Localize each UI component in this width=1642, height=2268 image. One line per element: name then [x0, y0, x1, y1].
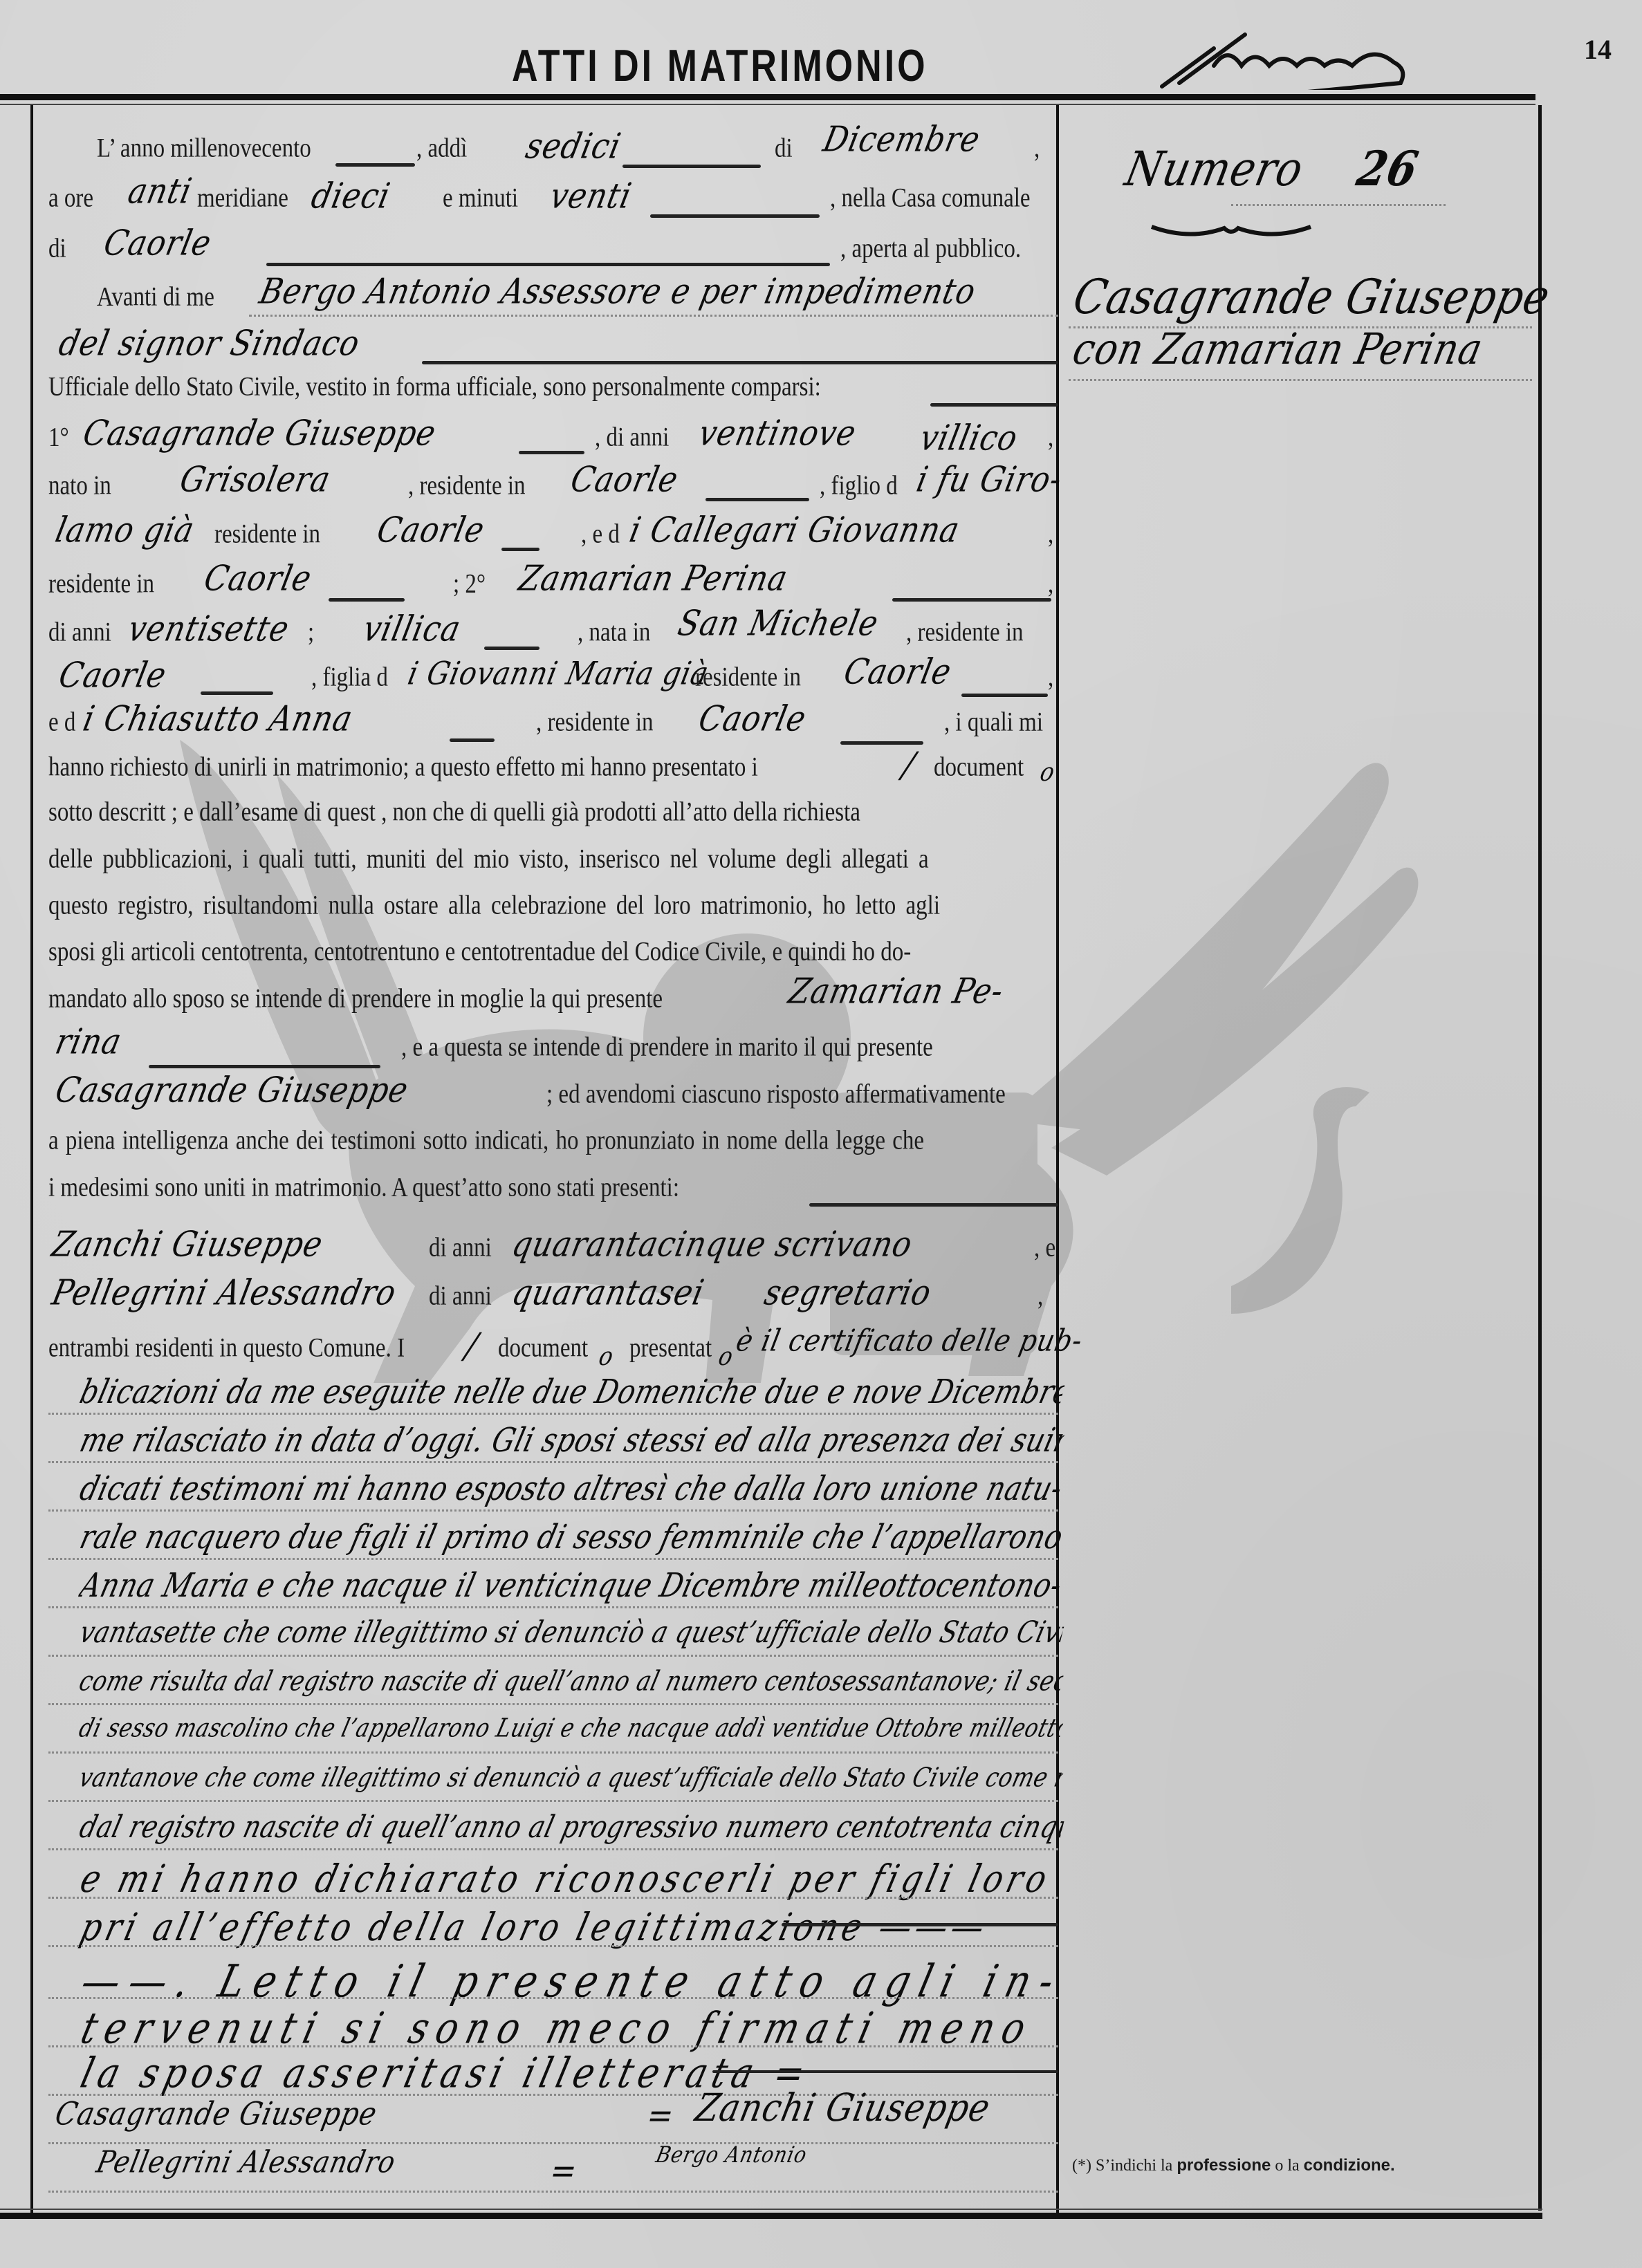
fill-dash	[519, 451, 584, 454]
form-text: , e d	[581, 519, 620, 550]
fill-dash	[930, 403, 1058, 407]
form-text: e minuti	[443, 183, 518, 214]
dotted-line	[48, 1751, 1058, 1754]
dotted-line	[48, 2045, 1058, 2047]
form-text: ; ed avendomi ciascuno risposto affermat…	[546, 1079, 1006, 1110]
fill-certificate-start: è il certificato delle pub-	[733, 1323, 1086, 1358]
form-text: ;	[308, 617, 314, 648]
form-text: , e	[1034, 1233, 1055, 1263]
fill-bride-age: ventisette	[124, 608, 293, 649]
footnote-bold-profession: professione	[1177, 2156, 1271, 2175]
signature-groom: Casagrande Giuseppe	[52, 2096, 380, 2132]
form-text: a piena intelligenza anche dei testimoni…	[48, 1126, 924, 1156]
annotation-line: di sesso mascolino che l’appellarono Lui…	[76, 1713, 1066, 1743]
fill-dash	[450, 738, 495, 742]
form-text: , residente in	[906, 617, 1024, 648]
fill-bride-residence: Caorle	[55, 655, 170, 696]
form-text: , i quali mi	[944, 707, 1043, 738]
annotation-line: blicazioni da me eseguite nelle due Dome…	[76, 1373, 1068, 1411]
page-title: ATTI DI MATRIMONIO	[512, 40, 1024, 92]
margin-names-line2: con Zamarian Perina	[1069, 324, 1487, 374]
form-text: ; 2°	[453, 569, 486, 599]
annotation-line: come risulta dal registro nascite di que…	[76, 1664, 1067, 1697]
fill-dash	[484, 647, 539, 650]
form-text: 1°	[48, 422, 69, 453]
fill-dash	[892, 598, 1051, 602]
margin-names-line1: Casagrande Giuseppe	[1069, 270, 1555, 326]
form-text: residente in	[214, 519, 320, 550]
fill-dash	[335, 163, 415, 167]
dotted-line	[48, 1997, 1058, 1999]
fill-groom-mother: i Callegari Giovanna	[626, 510, 963, 550]
fill-dash	[782, 1923, 1058, 1926]
signature-separator: =	[643, 2095, 678, 2136]
fill-bride-father-residence: Caorle	[840, 651, 955, 692]
fill-bride-name-2-cont: rina	[52, 1021, 125, 1062]
form-text: , nella Casa comunale	[830, 183, 1031, 214]
form-text: ,	[1034, 133, 1040, 164]
fill-suffix: o	[596, 1341, 617, 1371]
fill-mother-residence: Caorle	[201, 558, 315, 599]
annotation-line: dal registro nascite di quell’anno al pr…	[76, 1809, 1067, 1845]
fill-witness2-profession: segretario	[761, 1272, 935, 1313]
fill-officer-cont: del signor Sindaco	[55, 323, 363, 364]
form-text: presentat	[629, 1333, 712, 1364]
dotted-line	[48, 1800, 1058, 1802]
form-text: i medesimi sono uniti in matrimonio. A q…	[48, 1173, 679, 1203]
annotation-line: ——. Letto il presente atto agli in-	[76, 1955, 1071, 2007]
fill-mark: /	[899, 745, 919, 786]
form-text: Avanti di me	[97, 282, 214, 313]
annotation-line: pri all’effetto della loro legittimazion…	[76, 1904, 1069, 1949]
dotted-line	[48, 1897, 1058, 1899]
annotation-line: vantanove che come illegittimo si denunc…	[76, 1761, 1066, 1793]
annotation-line: Anna Maria e che nacque il venticinque D…	[76, 1567, 1068, 1605]
form-text: residente in	[48, 569, 154, 599]
fill-dash	[422, 361, 1058, 364]
fill-officer: Bergo Antonio Assessore e per impediment…	[256, 271, 979, 312]
annotation-line: vantasette che come illegittimo si denun…	[76, 1616, 1067, 1650]
fill-bride-birthplace: San Michele	[674, 603, 882, 644]
dotted-line	[48, 1848, 1058, 1850]
form-text: , aperta al pubblico.	[840, 234, 1021, 264]
annotation-line: me rilasciato in data d’oggi. Gli sposi …	[76, 1422, 1068, 1460]
form-text: sposi gli articoli centotrenta, centotre…	[48, 937, 911, 967]
dotted-line	[249, 315, 1058, 317]
form-text: residente in	[695, 662, 801, 693]
bottom-rule	[0, 2213, 1542, 2219]
fill-dash	[622, 165, 761, 168]
flourish-divider-icon	[1148, 220, 1314, 241]
form-text: delle pubblicazioni, i quali tutti, muni…	[48, 844, 929, 875]
fill-groom-name-2: Casagrande Giuseppe	[52, 1070, 412, 1110]
form-text: meridiane	[197, 183, 288, 214]
dotted-line	[48, 1413, 1058, 1415]
fill-groom-age: ventinove	[695, 413, 860, 454]
dotted-line	[48, 1703, 1058, 1705]
footnote: (*) S’indichi la professione o la condiz…	[1072, 2156, 1395, 2175]
fill-dash	[329, 598, 405, 602]
right-border	[1538, 105, 1542, 2211]
form-text: ,	[1048, 422, 1053, 453]
form-text: , figlio d	[820, 471, 898, 501]
signature-witness1: Zanchi Giuseppe	[692, 2086, 994, 2130]
annotation-line: dicati testimoni mi hanno esposto altres…	[76, 1470, 1068, 1508]
form-text: di	[775, 133, 793, 164]
form-text: , di anni	[595, 422, 669, 453]
fill-dash	[705, 498, 809, 501]
fill-bride-mother-residence: Caorle	[695, 698, 810, 739]
fill-dash	[201, 691, 273, 695]
fill-dash	[961, 694, 1048, 697]
fill-dash	[840, 741, 923, 745]
fill-bride-name-2: Zamarian Pe-	[785, 971, 1007, 1012]
signature-witness2: Pellegrini Alessandro	[93, 2144, 399, 2179]
dotted-line	[48, 1461, 1058, 1463]
signature-officer: Bergo Antonio	[654, 2141, 809, 2168]
fill-bride-mother: i Chiasutto Anna	[80, 698, 356, 739]
annotation-line: e mi hanno dichiarato riconoscerli per f…	[76, 1856, 1069, 1901]
form-text: , residente in	[408, 471, 526, 501]
fill-witness1-age-profession: quarantacinque scrivano	[508, 1224, 916, 1265]
fill-groom-name: Casagrande Giuseppe	[80, 413, 440, 454]
form-text: ,	[1048, 519, 1053, 550]
form-text: Ufficiale dello Stato Civile, vestito in…	[48, 372, 821, 402]
fill-dash	[809, 1203, 1058, 1207]
annotation-line: rale nacquero due figli il primo di sess…	[76, 1518, 1068, 1556]
dotted-line	[48, 1509, 1058, 1512]
form-text: ,	[1037, 1281, 1043, 1312]
fill-bride-father: i Giovanni Maria già	[405, 656, 712, 692]
fill-ante: anti	[124, 171, 196, 212]
fill-bride-name: Zamarian Perina	[515, 558, 791, 599]
numero-label: Numero	[1120, 142, 1308, 198]
form-text: document	[498, 1333, 588, 1364]
form-text: sotto descritt ; e dall’esame di quest ,…	[48, 797, 860, 828]
form-text: di anni	[48, 617, 111, 648]
form-text: mandato allo sposo se intende di prender…	[48, 984, 663, 1014]
dotted-line	[48, 1655, 1058, 1657]
document-page: ATTI DI MATRIMONIO 14 Numero 26 Casagran…	[0, 0, 1642, 2268]
form-text: ,	[1048, 662, 1053, 693]
form-text: , figlia d	[311, 662, 388, 693]
numero-dotted-line	[1231, 204, 1446, 206]
dotted-line	[48, 1558, 1058, 1560]
dotted-line	[48, 1945, 1058, 1947]
form-text: e d	[48, 707, 75, 738]
fill-hour: dieci	[308, 176, 394, 216]
page-number: 14	[1584, 33, 1612, 66]
fill-day: sedici	[522, 126, 625, 167]
fill-father-residence: Caorle	[373, 510, 488, 550]
fill-groom-father: i fu Giro-	[913, 459, 1066, 500]
form-text: entrambi residenti in questo Comune. I	[48, 1333, 405, 1364]
footnote-bold-condition: condizione.	[1304, 2156, 1395, 2175]
fill-minutes: venti	[546, 176, 635, 216]
fill-groom-residence: Caorle	[567, 459, 682, 500]
fill-dash	[501, 548, 539, 551]
fill-witness1-name: Zanchi Giuseppe	[48, 1224, 326, 1265]
fill-month: Dicembre	[820, 119, 984, 160]
form-text: ,	[1048, 569, 1053, 599]
form-text: hanno richiesto di unirli in matrimonio;…	[48, 752, 758, 783]
fill-mark: /	[462, 1326, 481, 1366]
fill-bride-profession: villica	[360, 608, 464, 649]
form-text: , residente in	[536, 707, 654, 738]
fill-groom-birthplace: Grisolera	[176, 459, 334, 500]
fill-suffix: o	[1037, 756, 1058, 787]
fill-dash	[712, 2070, 1058, 2073]
left-border	[30, 105, 33, 2216]
fill-groom-father-cont: lamo già	[52, 510, 198, 550]
fill-dash	[149, 1065, 380, 1068]
fill-dash	[266, 263, 830, 266]
top-signature	[1148, 28, 1508, 90]
dotted-line	[48, 1606, 1058, 1608]
form-text: , e a questa se intende di prendere in m…	[401, 1032, 933, 1063]
form-text: nato in	[48, 471, 111, 501]
footnote-prefix: (*) S’indichi la	[1072, 2157, 1172, 2175]
form-text: di anni	[429, 1233, 492, 1263]
form-text: di	[48, 234, 66, 264]
footnote-mid: o la	[1275, 2157, 1299, 2175]
form-text: document	[934, 752, 1024, 783]
top-rule	[0, 94, 1535, 100]
fill-witness2-age: quarantasei	[508, 1272, 708, 1313]
fill-groom-profession: villico	[916, 418, 1022, 458]
form-text: , nata in	[578, 617, 650, 648]
form-text: , addì	[416, 133, 467, 164]
numero-value: 26	[1352, 142, 1423, 198]
form-text: questo registro, risultandomi nulla osta…	[48, 891, 940, 921]
form-text: a ore	[48, 183, 93, 214]
form-text: L’ anno millenovecento	[97, 133, 311, 164]
form-text: di anni	[429, 1281, 492, 1312]
fill-dash	[650, 214, 820, 218]
top-rule-thin	[0, 104, 1535, 105]
margin-dotted-1	[1069, 326, 1532, 328]
signature-separator: =	[546, 2150, 581, 2191]
fill-town: Caorle	[100, 223, 215, 263]
margin-dotted-2	[1069, 379, 1532, 381]
bottom-rule-thin	[0, 2209, 1542, 2210]
fill-witness2-name: Pellegrini Alessandro	[48, 1272, 400, 1313]
